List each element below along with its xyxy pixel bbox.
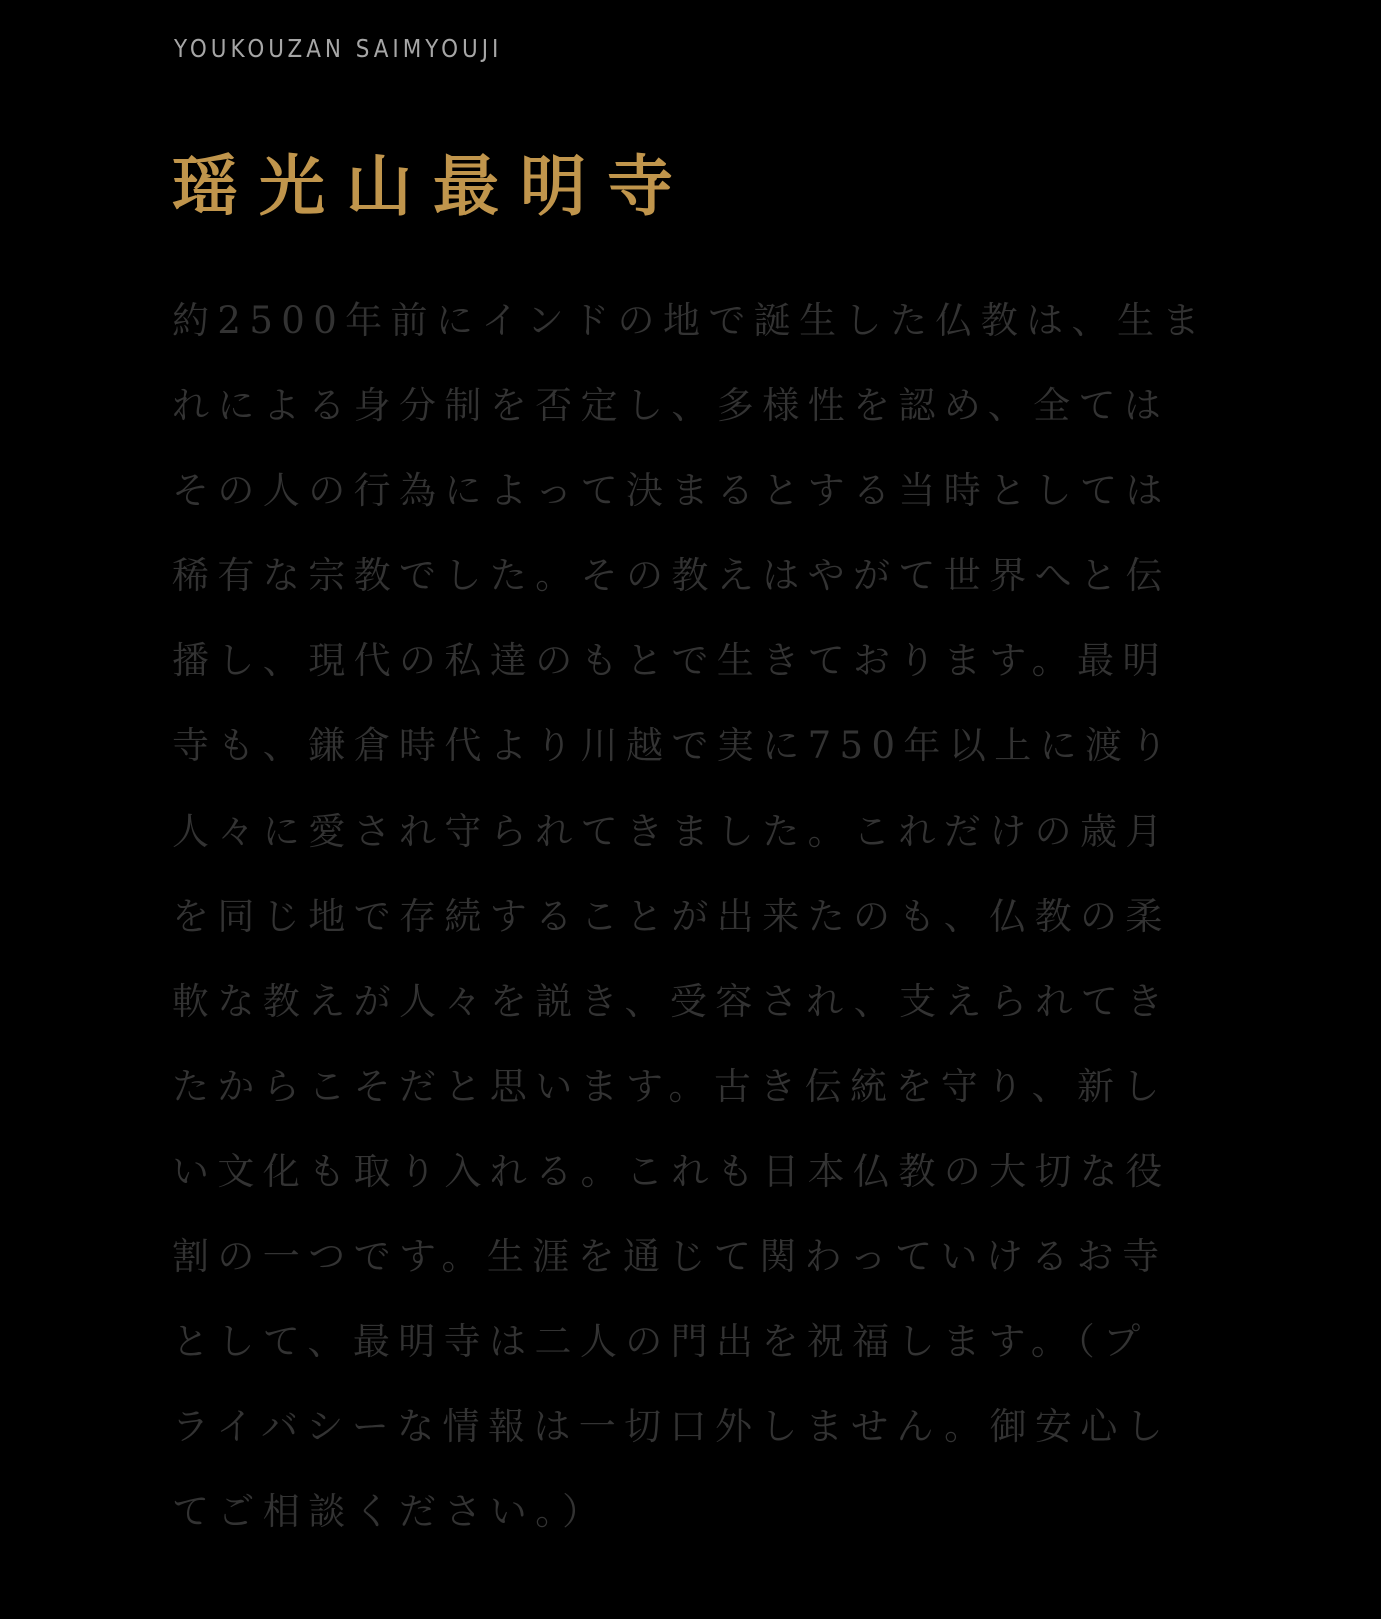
- paragraph-line: い文化も取り入れる。これも日本仏教の大切な役: [172, 1141, 1172, 1226]
- paragraph-line: 割の一つです。生涯を通じて関わっていけるお寺: [172, 1226, 1172, 1311]
- paragraph-line: 稀有な宗教でした。その教えはやがて世界へと伝: [172, 545, 1172, 630]
- paragraph-line: を同じ地で存続することが出来たのも、仏教の柔: [172, 886, 1172, 971]
- paragraph-line: ライバシーな情報は一切口外しません。御安心し: [172, 1396, 1172, 1481]
- paragraph-line: 播し、現代の私達のもとで生きております。最明: [172, 630, 1172, 715]
- paragraph-line: として、最明寺は二人の門出を祝福します。（プ: [172, 1311, 1172, 1396]
- paragraph-line: 寺も、鎌倉時代より川越で実に750年以上に渡り: [172, 715, 1172, 800]
- intro-paragraph: 約2500年前にインドの地で誕生した仏教は、生ま れによる身分制を否定し、多様性…: [172, 290, 1172, 1566]
- paragraph-line: れによる身分制を否定し、多様性を認め、全ては: [172, 375, 1172, 460]
- page-title: 瑶光山最明寺: [172, 148, 694, 224]
- paragraph-line: 人々に愛され守られてきました。これだけの歳月: [172, 801, 1172, 886]
- paragraph-line: 約2500年前にインドの地で誕生した仏教は、生ま: [172, 290, 1172, 375]
- paragraph-line: たからこそだと思います。古き伝統を守り、新し: [172, 1056, 1172, 1141]
- paragraph-line: 軟な教えが人々を説き、受容され、支えられてき: [172, 971, 1172, 1056]
- paragraph-line: てご相談ください。）: [172, 1481, 1172, 1566]
- paragraph-line: その人の行為によって決まるとする当時としては: [172, 460, 1172, 545]
- eyebrow-romaji-title: YOUKOUZAN SAIMYOUJI: [174, 34, 502, 64]
